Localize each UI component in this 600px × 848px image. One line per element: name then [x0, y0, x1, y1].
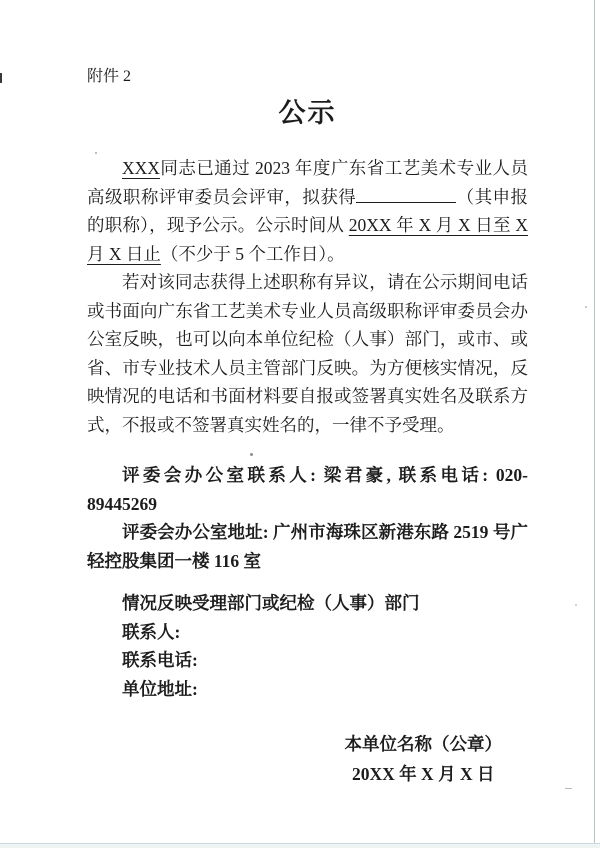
- unit-name-seal-line: 本单位名称（公章）: [345, 729, 503, 759]
- signature-inner: 本单位名称（公章） 20XX 年 X 月 X 日: [345, 729, 503, 789]
- scan-speck: [250, 453, 253, 456]
- paragraph-objection: 若对该同志获得上述职称有异议，请在公示期间电话或书面向广东省工艺美术专业人员高级…: [87, 268, 528, 439]
- attachment-label: 附件 2: [87, 66, 528, 88]
- scanned-notice-page: 附件 2 公示 XXX同志已通过 2023 年度广东省工艺美术专业人员高级职称评…: [0, 0, 600, 848]
- report-department-block: 情况反映受理部门或纪检（人事）部门 联系人: 联系电话: 单位地址:: [87, 589, 528, 703]
- committee-contact-block: 评委会办公室联系人: 梁君豪, 联系电话: 020-89445269 评委会办公…: [87, 461, 528, 575]
- scan-speck: [585, 306, 587, 308]
- document-content: 附件 2 公示 XXX同志已通过 2023 年度广东省工艺美术专业人员高级职称评…: [87, 66, 528, 789]
- scan-speck: [575, 604, 577, 606]
- scan-paper-edge-bottom: [0, 843, 600, 848]
- signature-block: 本单位名称（公章） 20XX 年 X 月 X 日: [87, 729, 528, 789]
- scan-speck: [565, 788, 572, 789]
- candidate-name-underlined: XXX: [122, 158, 160, 178]
- title-blank-underline: [356, 184, 456, 203]
- paragraph-announcement: XXX同志已通过 2023 年度广东省工艺美术专业人员高级职称评审委员会评审，拟…: [87, 154, 528, 268]
- contact-phone-label: 联系电话:: [87, 646, 528, 675]
- committee-contact-line: 评委会办公室联系人: 梁君豪, 联系电话: 020-89445269: [87, 461, 528, 518]
- contact-person-label: 联系人:: [87, 618, 528, 647]
- scan-speck: [95, 152, 97, 154]
- page-title: 公示: [87, 98, 528, 128]
- scan-paper-edge-right: [594, 0, 595, 848]
- paragraph-announcement-text3: （不少于 5 个工作日）。: [161, 244, 345, 264]
- signature-date-line: 20XX 年 X 月 X 日: [345, 759, 503, 789]
- scan-mark-left-edge: [0, 73, 2, 83]
- report-department-title: 情况反映受理部门或纪检（人事）部门: [87, 589, 528, 618]
- unit-address-label: 单位地址:: [87, 675, 528, 704]
- committee-address-line: 评委会办公室地址: 广州市海珠区新港东路 2519 号广轻控股集团一楼 116 …: [87, 518, 528, 575]
